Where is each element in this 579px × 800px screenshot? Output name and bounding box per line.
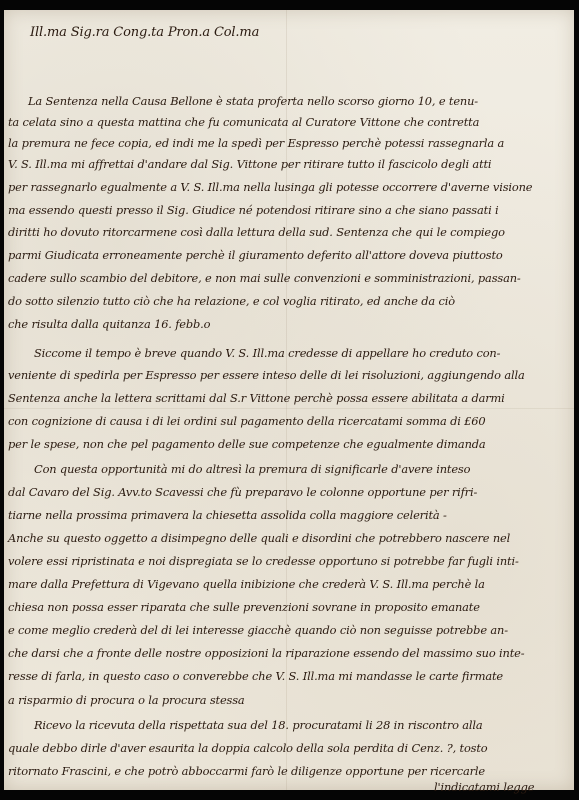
letter-line: la premura ne fece copia, ed indi me la … bbox=[8, 136, 504, 150]
letter-line: resse di farla, in questo caso o convere… bbox=[8, 669, 503, 683]
letter-line: chiesa non possa esser riparata che sull… bbox=[8, 600, 480, 614]
letter-line: per rassegnarlo egualmente a V. S. Ill.m… bbox=[8, 180, 532, 194]
letter-line: quale debbo dirle d'aver esaurita la dop… bbox=[8, 741, 488, 755]
letter-line: mare dalla Prefettura di Vigevano quella… bbox=[8, 577, 485, 591]
letter-line: ritornato Frascini, e che potrò abboccar… bbox=[8, 764, 485, 778]
letter-line: dal Cavaro del Sig. Avv.to Scavessi che … bbox=[8, 485, 477, 499]
letter-line: per le spese, non che pel pagamento dell… bbox=[8, 437, 486, 451]
letter-line: parmi Giudicata erroneamente perchè il g… bbox=[8, 248, 503, 262]
salutation: Ill.ma Sig.ra Cong.ta Pron.a Col.ma bbox=[30, 26, 259, 40]
letter-line: diritti ho dovuto ritorcarmene così dall… bbox=[8, 225, 505, 239]
letter-line: Ricevo la ricevuta della rispettata sua … bbox=[34, 718, 483, 732]
letter-line: V. S. Ill.ma mi affrettai d'andare dal S… bbox=[8, 157, 491, 171]
letter-line: e come meglio crederà del di lei interes… bbox=[8, 623, 508, 637]
letter-line: do sotto silenzio tutto ciò che ha relaz… bbox=[8, 294, 455, 308]
letter-line: Sentenza anche la lettera scrittami dal … bbox=[8, 391, 505, 405]
letter-line: a risparmio di procura o la procura stes… bbox=[8, 693, 245, 707]
letter-line: che darsi che a fronte delle nostre oppo… bbox=[8, 646, 524, 660]
catchword: l'indicatami legge bbox=[434, 780, 534, 794]
letter-line: tiarne nella prossima primavera la chies… bbox=[8, 508, 447, 522]
letter-line: La Sentenza nella Causa Bellone è stata … bbox=[28, 94, 478, 108]
letter-line: Anche su questo oggetto a disimpegno del… bbox=[8, 531, 510, 545]
letter-line: veniente di spedirla per Espresso per es… bbox=[8, 368, 525, 382]
letter-line: volere essi ripristinata e noi dispregia… bbox=[8, 554, 519, 568]
letter-line: cadere sullo scambio del debitore, e non… bbox=[8, 271, 521, 285]
letter-line: Con questa opportunità mi do altresì la … bbox=[34, 462, 470, 476]
letter-line: Siccome il tempo è breve quando V. S. Il… bbox=[34, 346, 500, 360]
letter-page: Ill.ma Sig.ra Cong.ta Pron.a Col.ma La S… bbox=[4, 10, 574, 790]
paper-fold-horizontal bbox=[4, 408, 574, 409]
letter-line: ta celata sino a questa mattina che fu c… bbox=[8, 115, 479, 129]
letter-line: che risulta dalla quitanza 16. febb.o bbox=[8, 317, 210, 331]
letter-line: ma essendo questi presso il Sig. Giudice… bbox=[8, 203, 499, 217]
letter-line: con cognizione di causa i di lei ordini … bbox=[8, 414, 485, 428]
